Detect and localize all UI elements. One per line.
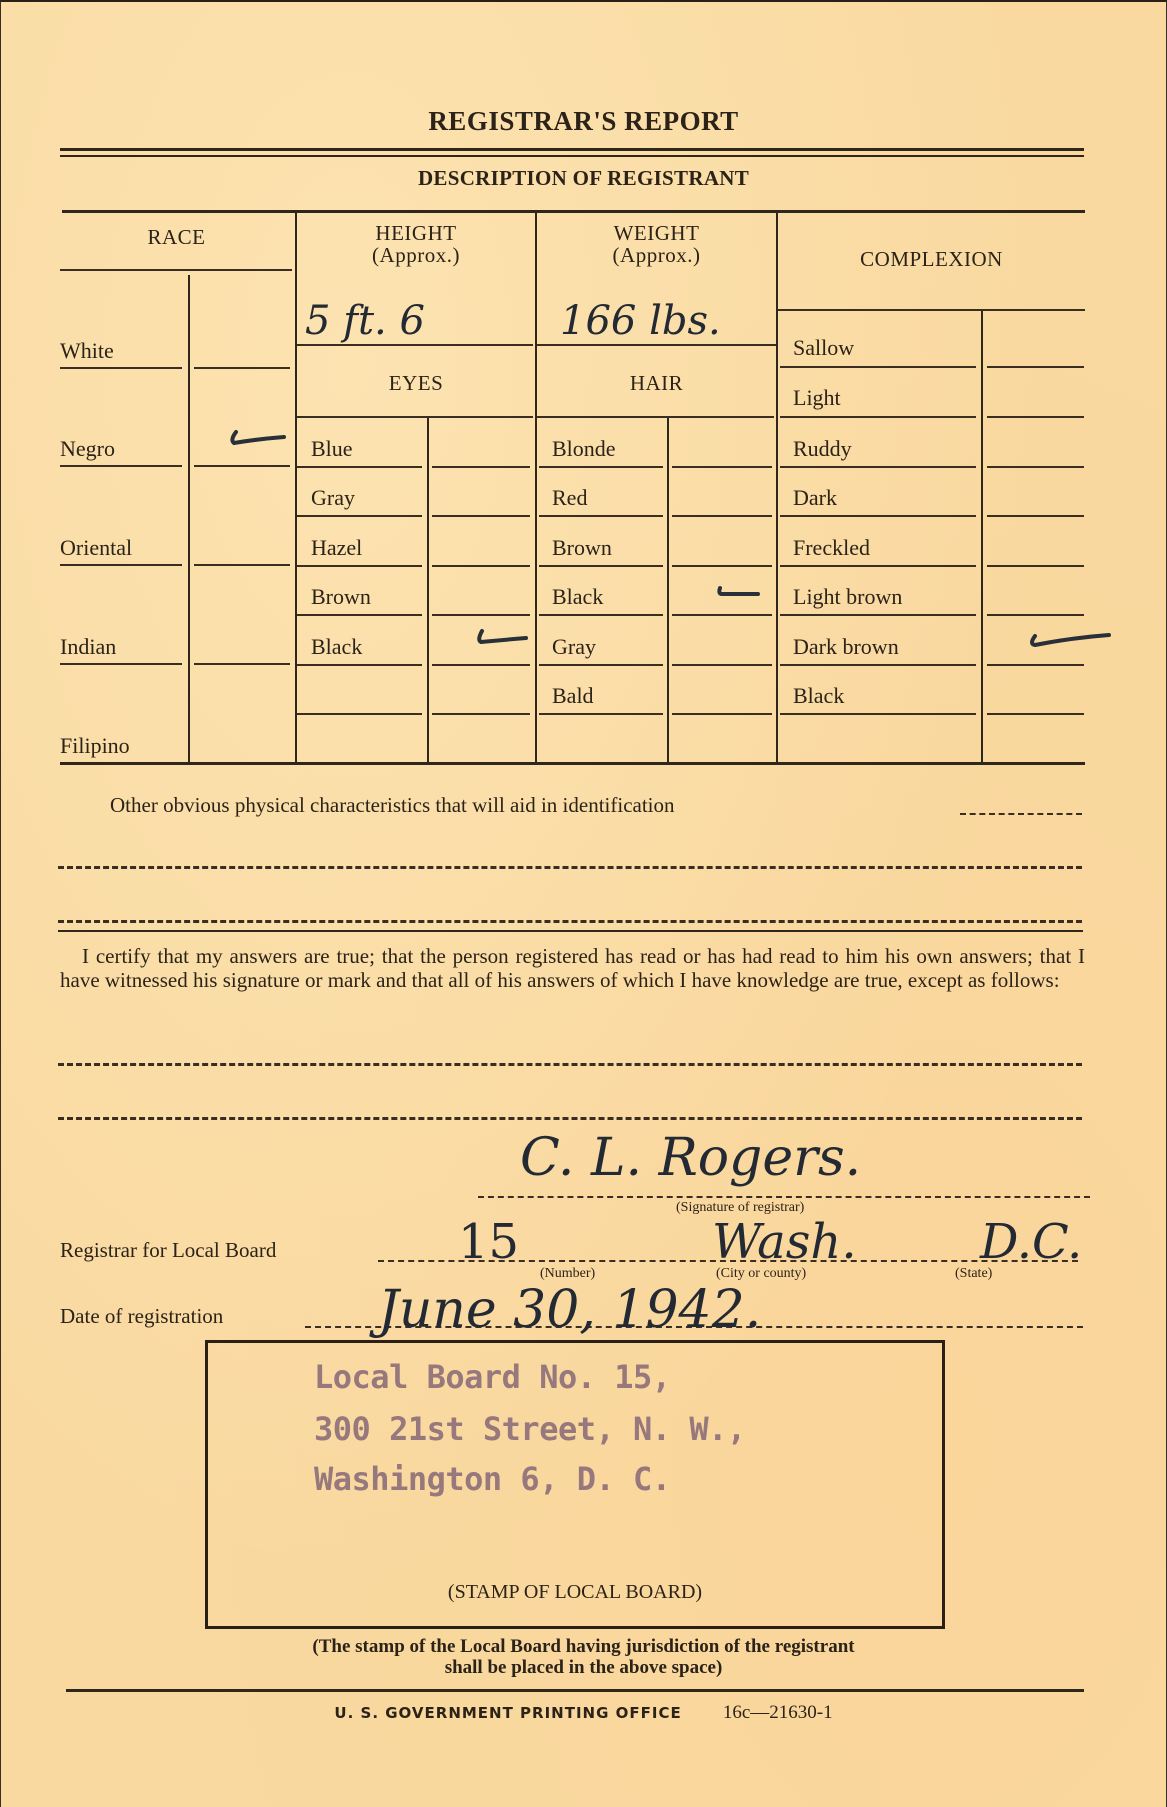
complexion-header: COMPLEXION <box>778 248 1085 270</box>
form-subtitle: DESCRIPTION OF REGISTRANT <box>0 166 1167 191</box>
title-double-rule-top <box>60 148 1084 151</box>
exceptions-line-1[interactable] <box>58 1063 1082 1066</box>
race-white: White <box>60 338 114 364</box>
weight-header-label: WEIGHT <box>537 222 776 244</box>
registrar-city: Wash. <box>712 1214 857 1270</box>
height-value: 5 ft. 6 <box>305 298 425 344</box>
registrar-state: D.C. <box>980 1214 1082 1270</box>
footer: U. S. GOVERNMENT PRINTING OFFICE 16c—216… <box>0 1702 1167 1724</box>
title-double-rule-bottom <box>60 155 1084 157</box>
eyes-header: EYES <box>297 372 535 394</box>
race-negro-check-icon <box>228 428 288 448</box>
height-header: HEIGHT (Approx.) <box>297 222 535 266</box>
other-characteristics-line-2[interactable] <box>58 866 1082 869</box>
col-divider <box>535 212 537 763</box>
hair-black: Black <box>552 584 603 610</box>
local-board-number: 15 <box>458 1214 519 1270</box>
height-header-sub: (Approx.) <box>297 244 535 266</box>
hair-gray: Gray <box>552 634 596 660</box>
complexion-freckled: Freckled <box>793 535 870 561</box>
height-value-rule <box>297 344 533 346</box>
race-check-divider <box>188 275 190 763</box>
hair-brown: Brown <box>552 535 612 561</box>
stamp-note-line-1: (The stamp of the Local Board having jur… <box>0 1636 1167 1657</box>
hair-check-divider <box>667 418 669 763</box>
eyes-gray: Gray <box>311 485 355 511</box>
race-oriental: Oriental <box>60 535 132 561</box>
hair-header: HAIR <box>537 372 776 394</box>
complexion-light-brown: Light brown <box>793 584 902 610</box>
date-label: Date of registration <box>60 1304 223 1328</box>
complexion-dark-brown: Dark brown <box>793 634 899 660</box>
eyes-check-divider <box>427 418 429 763</box>
stamp-note: (The stamp of the Local Board having jur… <box>0 1636 1167 1678</box>
weight-value-rule <box>537 344 776 346</box>
table-top-rule <box>62 210 1085 213</box>
height-header-label: HEIGHT <box>297 222 535 244</box>
eyes-header-rule <box>297 416 533 418</box>
complexion-dark-brown-check-icon <box>1025 630 1113 652</box>
printer-imprint: U. S. GOVERNMENT PRINTING OFFICE <box>334 1704 681 1722</box>
registrar-signature: C. L. Rogers. <box>520 1128 861 1188</box>
state-caption: (State) <box>955 1266 992 1282</box>
other-characteristics-label: Other obvious physical characteristics t… <box>110 793 675 817</box>
complexion-light: Light <box>793 385 841 411</box>
certification-text: I certify that my answers are true; that… <box>60 944 1085 992</box>
weight-value: 166 lbs. <box>560 298 721 344</box>
hair-bald: Bald <box>552 683 594 709</box>
stamp-caption: (STAMP OF LOCAL BOARD) <box>205 1581 945 1604</box>
eyes-black: Black <box>311 634 362 660</box>
complexion-black: Black <box>793 683 844 709</box>
section-rule <box>58 930 1083 932</box>
hair-black-check-icon <box>714 584 762 600</box>
complexion-dark: Dark <box>793 485 837 511</box>
eyes-blue: Blue <box>311 436 353 462</box>
registrar-label: Registrar for Local Board <box>60 1238 276 1262</box>
other-characteristics-field[interactable] <box>960 813 1082 815</box>
race-header: RACE <box>60 226 293 248</box>
stamp-note-line-2: shall be placed in the above space) <box>0 1657 1167 1678</box>
other-characteristics-line-3[interactable] <box>58 920 1082 923</box>
hair-red: Red <box>552 485 587 511</box>
complexion-check-divider <box>981 311 983 763</box>
complexion-sallow: Sallow <box>793 335 854 361</box>
registration-date: June 30, 1942. <box>378 1280 761 1340</box>
table-bottom-rule <box>60 762 1085 765</box>
weight-header-sub: (Approx.) <box>537 244 776 266</box>
exceptions-line-2[interactable] <box>58 1117 1082 1120</box>
signature-line[interactable] <box>478 1196 1090 1198</box>
race-negro: Negro <box>60 436 115 462</box>
col-divider <box>295 212 297 763</box>
stamp-line-3: Washington 6, D. C. <box>314 1460 671 1498</box>
footer-rule <box>66 1689 1084 1692</box>
hair-header-rule <box>537 416 774 418</box>
eyes-black-check-icon <box>474 628 530 648</box>
complexion-header-rule <box>778 309 1085 311</box>
col-divider <box>776 212 778 763</box>
hair-blonde: Blonde <box>552 436 616 462</box>
race-indian: Indian <box>60 634 116 660</box>
race-header-rule <box>60 269 292 271</box>
stamp-line-1: Local Board No. 15, <box>314 1358 671 1396</box>
complexion-ruddy: Ruddy <box>793 436 852 462</box>
eyes-hazel: Hazel <box>311 535 362 561</box>
form-title: REGISTRAR'S REPORT <box>0 106 1167 137</box>
stamp-line-2: 300 21st Street, N. W., <box>314 1410 746 1448</box>
race-filipino: Filipino <box>60 733 130 759</box>
weight-header: WEIGHT (Approx.) <box>537 222 776 266</box>
eyes-brown: Brown <box>311 584 371 610</box>
form-code: 16c—21630-1 <box>723 1702 833 1723</box>
